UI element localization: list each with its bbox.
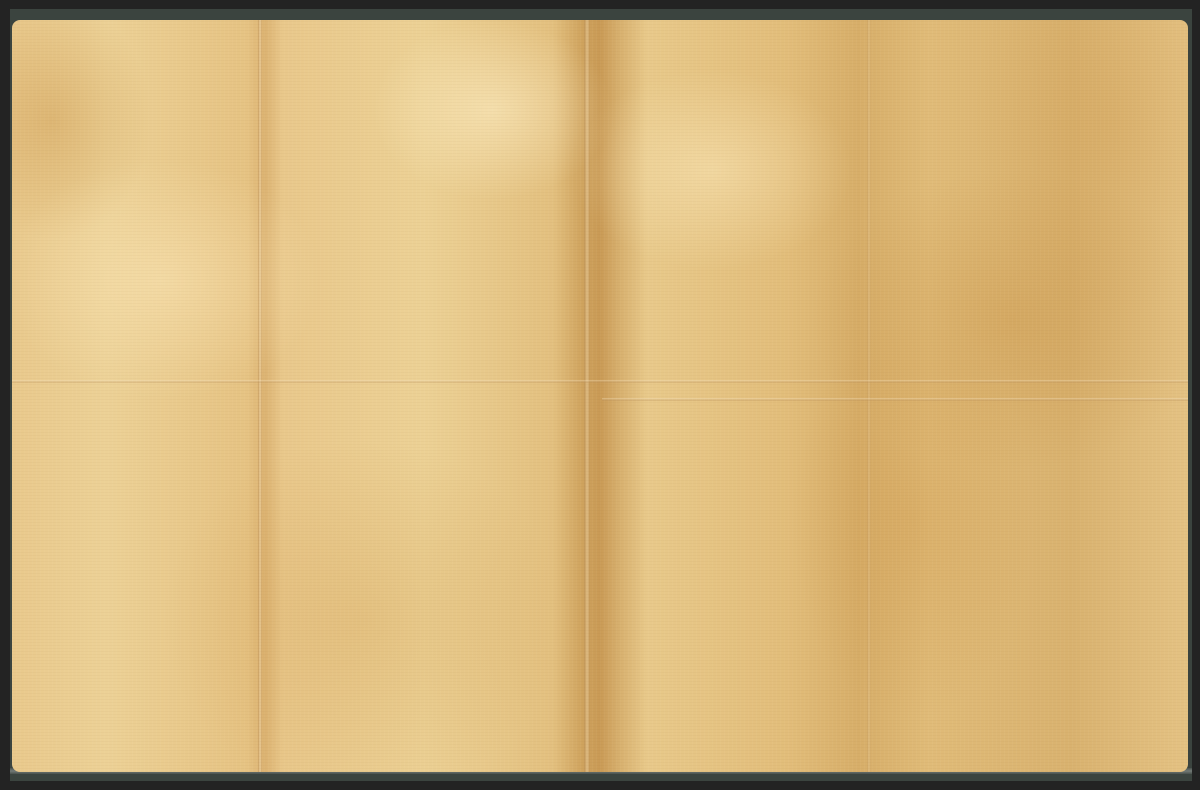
paper-texture xyxy=(12,20,1188,772)
aged-paper-sheet xyxy=(12,20,1188,772)
